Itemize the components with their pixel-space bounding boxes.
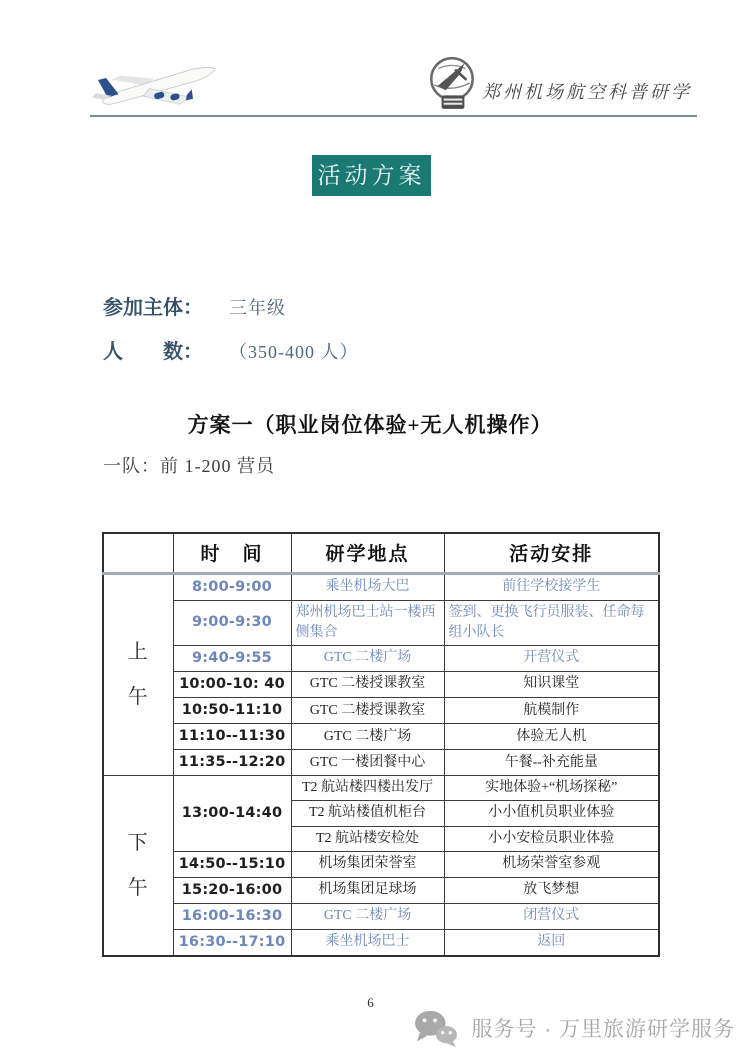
activity-cell: 闭营仪式 [444, 904, 659, 930]
schedule-row: 15:20-16:00机场集团足球场放飞梦想 [103, 878, 659, 904]
schedule-row: 10:50-11:10GTC 二楼授课教室航模制作 [103, 698, 659, 724]
header-divider [90, 115, 697, 117]
wechat-icon [410, 1008, 462, 1048]
header-activity: 活动安排 [444, 533, 659, 573]
watermark: 服务号 · 万里旅游研学服务 [410, 1008, 735, 1048]
time-cell: 9:00-9:30 [173, 600, 291, 646]
location-cell: 郑州机场巴士站一楼西侧集合 [291, 600, 444, 646]
time-cell: 10:50-11:10 [173, 698, 291, 724]
activity-cell: 机场荣誉室参观 [444, 852, 659, 878]
document-page: 郑州机场航空科普研学 活动方案 参加主体： 三年级 人 数： （350-400 … [0, 0, 741, 1055]
time-cell: 10:00-10: 40 [173, 672, 291, 698]
airplane-photo [92, 55, 226, 115]
activity-cell: 签到、更换飞行员服装、任命每组小队长 [444, 600, 659, 646]
location-cell: T2 航站楼值机柜台 [291, 801, 444, 826]
team-subheading: 一队：前 1-200 营员 [103, 452, 275, 478]
activity-cell: 小小值机员职业体验 [444, 801, 659, 826]
schedule-row: 14:50--15:10机场集团荣誉室机场荣誉室参观 [103, 852, 659, 878]
count-value: （350-400 人） [229, 342, 359, 362]
location-cell: GTC 二楼广场 [291, 724, 444, 750]
schedule-row: 16:00-16:30GTC 二楼广场闭营仪式 [103, 904, 659, 930]
count-line: 人 数： （350-400 人） [103, 335, 359, 364]
time-cell: 11:10--11:30 [173, 724, 291, 750]
schedule-row: 11:35--12:20GTC 一楼团餐中心午餐--补充能量 [103, 750, 659, 776]
header-time: 时 间 [173, 533, 291, 573]
time-cell: 11:35--12:20 [173, 750, 291, 776]
location-cell: T2 航站楼安检处 [291, 826, 444, 851]
schedule-table: 时 间 研学地点 活动安排 上午8:00-9:00乘坐机场大巴前往学校接学生9:… [102, 532, 660, 957]
period-cell: 上午 [103, 573, 173, 776]
schedule-row: 11:10--11:30GTC 二楼广场体验无人机 [103, 724, 659, 750]
period-cell: 下午 [103, 776, 173, 956]
time-cell: 16:30--17:10 [173, 930, 291, 957]
activity-cell: 小小安检员职业体验 [444, 826, 659, 851]
schedule-header-row: 时 间 研学地点 活动安排 [103, 533, 659, 573]
activity-cell: 知识课堂 [444, 672, 659, 698]
location-cell: 机场集团荣誉室 [291, 852, 444, 878]
count-label: 人 数： [103, 335, 219, 364]
participant-label: 参加主体： [103, 291, 219, 320]
activity-cell: 前往学校接学生 [444, 573, 659, 600]
time-cell: 15:20-16:00 [173, 878, 291, 904]
participant-value: 三年级 [229, 298, 286, 318]
activity-cell: 实地体验+“机场探秘” [444, 776, 659, 801]
watermark-text: 服务号 · 万里旅游研学服务 [471, 1013, 735, 1043]
time-cell: 9:40-9:55 [173, 646, 291, 672]
location-cell: GTC 一楼团餐中心 [291, 750, 444, 776]
activity-cell: 放飞梦想 [444, 878, 659, 904]
schedule-table-body: 上午8:00-9:00乘坐机场大巴前往学校接学生9:00-9:30郑州机场巴士站… [103, 573, 659, 956]
location-cell: 乘坐机场大巴 [291, 573, 444, 600]
time-cell: 16:00-16:30 [173, 904, 291, 930]
time-cell: 14:50--15:10 [173, 852, 291, 878]
header-logo: 郑州机场航空科普研学 [424, 54, 692, 112]
schedule-row: 上午8:00-9:00乘坐机场大巴前往学校接学生 [103, 573, 659, 600]
location-cell: GTC 二楼授课教室 [291, 698, 444, 724]
header-logo-text: 郑州机场航空科普研学 [482, 78, 692, 112]
activity-cell: 航模制作 [444, 698, 659, 724]
location-cell: GTC 二楼授课教室 [291, 672, 444, 698]
location-cell: T2 航站楼四楼出发厅 [291, 776, 444, 801]
plan-heading: 方案一（职业岗位体验+无人机操作） [70, 409, 670, 439]
activity-cell: 午餐--补充能量 [444, 750, 659, 776]
schedule-row: 10:00-10: 40GTC 二楼授课教室知识课堂 [103, 672, 659, 698]
location-cell: 机场集团足球场 [291, 878, 444, 904]
header-location: 研学地点 [291, 533, 444, 573]
location-cell: GTC 二楼广场 [291, 646, 444, 672]
schedule-row: 9:40-9:55GTC 二楼广场开营仪式 [103, 646, 659, 672]
time-cell: 8:00-9:00 [173, 573, 291, 600]
location-cell: GTC 二楼广场 [291, 904, 444, 930]
schedule-row: 下午13:00-14:40T2 航站楼四楼出发厅实地体验+“机场探秘” [103, 776, 659, 801]
activity-cell: 体验无人机 [444, 724, 659, 750]
activity-cell: 开营仪式 [444, 646, 659, 672]
time-cell: 13:00-14:40 [173, 776, 291, 852]
aviation-science-badge-icon [424, 54, 482, 112]
location-cell: 乘坐机场巴士 [291, 930, 444, 957]
participant-line: 参加主体： 三年级 [103, 291, 286, 320]
header-period [103, 533, 173, 573]
schedule-row: 16:30--17:10乘坐机场巴士返回 [103, 930, 659, 957]
page-title: 活动方案 [312, 155, 431, 196]
activity-cell: 返回 [444, 930, 659, 957]
schedule-row: 9:00-9:30郑州机场巴士站一楼西侧集合签到、更换飞行员服装、任命每组小队长 [103, 600, 659, 646]
